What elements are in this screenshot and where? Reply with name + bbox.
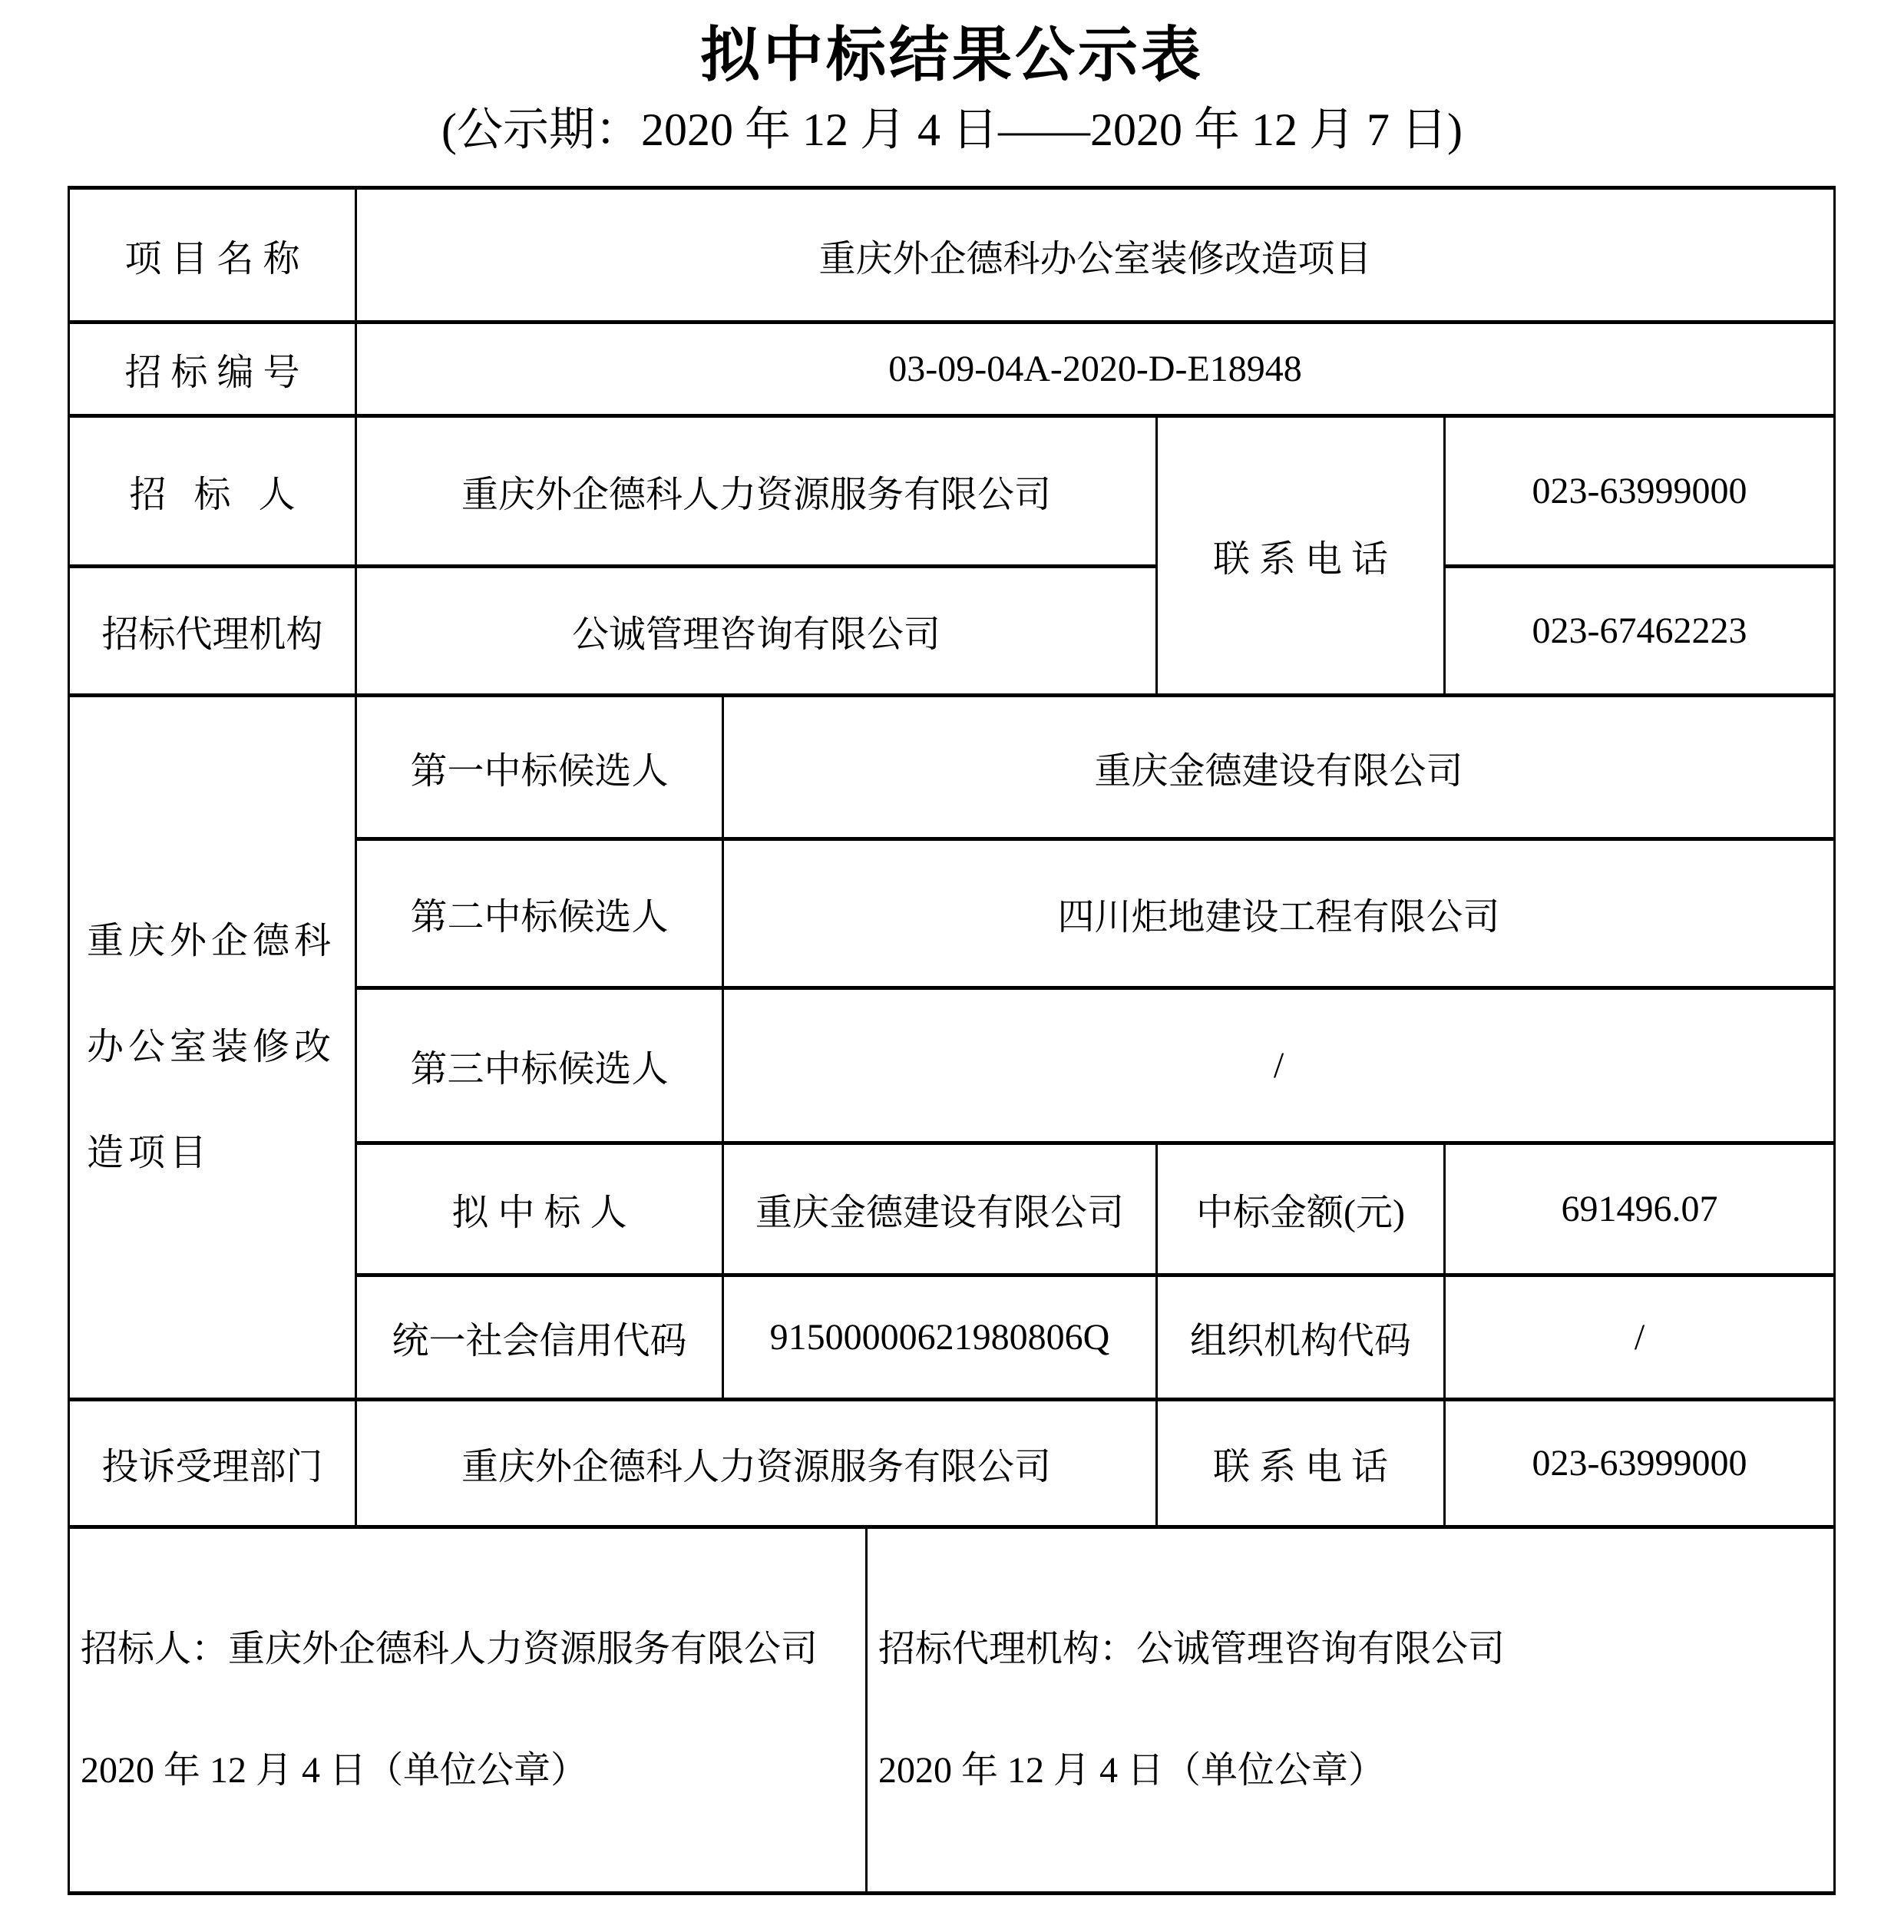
signature-tenderer-org: 招标人：重庆外企德科人力资源服务有限公司 [81, 1628, 865, 1671]
project-name-value: 重庆外企德科办公室装修改造项目 [819, 239, 1372, 280]
credit-code-label-cell: 统一社会信用代码 [356, 1275, 723, 1400]
candidate-1-value-cell: 重庆金德建设有限公司 [723, 696, 1835, 839]
complaint-phone: 023-63999000 [1532, 1443, 1747, 1484]
candidate-2-label-cell: 第二中标候选人 [356, 839, 723, 988]
tenderer-phone: 023-63999000 [1532, 471, 1747, 511]
tenderer-value-cell: 重庆外企德科人力资源服务有限公司 [356, 416, 1157, 567]
signature-agency-org: 招标代理机构：公诚管理咨询有限公司 [878, 1628, 1833, 1671]
complaint-contact-label-cell: 联 系 电 话 [1157, 1400, 1445, 1527]
tenderer-label: 招 标 人 [129, 475, 295, 515]
org-code-value: / [1635, 1317, 1645, 1358]
contact-phone-label-cell: 联 系 电 话 [1157, 416, 1445, 696]
project-name-value-cell: 重庆外企德科办公室装修改造项目 [356, 188, 1835, 323]
project-group-cell: 重庆外企德科 办公室装修改 造项目 [69, 696, 356, 1400]
tender-no-value-cell: 03-09-04A-2020-D-E18948 [356, 323, 1835, 416]
complaint-phone-cell: 023-63999000 [1445, 1400, 1835, 1527]
page-subtitle: (公示期：2020 年 12 月 4 日——2020 年 12 月 7 日) [0, 101, 1904, 158]
tender-no-label: 招 标 编 号 [124, 352, 299, 393]
winner-amount: 691496.07 [1562, 1189, 1718, 1229]
winner-amount-label-cell: 中标金额(元) [1157, 1143, 1445, 1275]
project-name-label-cell: 项 目 名 称 [69, 188, 356, 323]
tender-no-label-cell: 招 标 编 号 [69, 323, 356, 416]
complaint-label-cell: 投诉受理部门 [69, 1400, 356, 1527]
tenderer-label-cell: 招 标 人 [69, 416, 356, 567]
project-group-label: 重庆外企德科 办公室装修改 造项目 [87, 921, 336, 1173]
signature-tenderer-cell: 招标人：重庆外企德科人力资源服务有限公司 2020 年 12 月 4 日（单位公… [69, 1527, 867, 1894]
row-candidate-1: 重庆外企德科 办公室装修改 造项目 第一中标候选人 重庆金德建设有限公司 [69, 696, 1835, 839]
tenderer-value: 重庆外企德科人力资源服务有限公司 [461, 475, 1051, 515]
credit-code-label: 统一社会信用代码 [392, 1321, 686, 1361]
agency-label: 招标代理机构 [101, 614, 322, 655]
complaint-label: 投诉受理部门 [101, 1447, 322, 1487]
org-code-value-cell: / [1445, 1275, 1835, 1400]
candidate-1-label: 第一中标候选人 [410, 751, 668, 792]
complaint-value-cell: 重庆外企德科人力资源服务有限公司 [356, 1400, 1157, 1527]
signature-tenderer-date: 2020 年 12 月 4 日（单位公章） [81, 1749, 865, 1792]
complaint-contact-label: 联 系 电 话 [1213, 1447, 1388, 1487]
page-title: 拟中标结果公示表 [0, 20, 1904, 91]
candidate-1-value: 重庆金德建设有限公司 [1095, 751, 1463, 792]
candidate-2-value-cell: 四川炬地建设工程有限公司 [723, 839, 1835, 988]
candidate-3-label-cell: 第三中标候选人 [356, 988, 723, 1143]
agency-label-cell: 招标代理机构 [69, 567, 356, 696]
agency-phone-cell: 023-67462223 [1445, 567, 1835, 696]
document-page: 拟中标结果公示表 (公示期：2020 年 12 月 4 日——2020 年 12… [0, 0, 1904, 1932]
agency-value-cell: 公诚管理咨询有限公司 [356, 567, 1157, 696]
row-agency: 招标代理机构 公诚管理咨询有限公司 023-67462223 [69, 567, 1835, 696]
candidate-2-label: 第二中标候选人 [410, 897, 668, 938]
tenderer-phone-cell: 023-63999000 [1445, 416, 1835, 567]
credit-code-value: 91500000621980806Q [770, 1317, 1110, 1358]
candidate-3-label: 第三中标候选人 [410, 1049, 668, 1090]
winner-label-cell: 拟 中 标 人 [356, 1143, 723, 1275]
candidate-3-value-cell: / [723, 988, 1835, 1143]
signature-agency-cell: 招标代理机构：公诚管理咨询有限公司 2020 年 12 月 4 日（单位公章） [867, 1527, 1835, 1894]
row-tenderer: 招 标 人 重庆外企德科人力资源服务有限公司 联 系 电 话 023-63999… [69, 416, 1835, 567]
org-code-label-cell: 组织机构代码 [1157, 1275, 1445, 1400]
contact-phone-label: 联 系 电 话 [1213, 539, 1388, 580]
signature-agency-date: 2020 年 12 月 4 日（单位公章） [878, 1749, 1833, 1792]
project-name-label: 项 目 名 称 [124, 239, 299, 280]
row-complaint: 投诉受理部门 重庆外企德科人力资源服务有限公司 联 系 电 话 023-6399… [69, 1400, 1835, 1527]
agency-value: 公诚管理咨询有限公司 [572, 614, 940, 655]
winner-value-cell: 重庆金德建设有限公司 [723, 1143, 1157, 1275]
org-code-label: 组织机构代码 [1190, 1321, 1411, 1361]
candidate-3-value: / [1274, 1045, 1284, 1086]
bid-result-table: 项 目 名 称 重庆外企德科办公室装修改造项目 招 标 编 号 03-09-04… [68, 186, 1836, 1895]
credit-code-value-cell: 91500000621980806Q [723, 1275, 1157, 1400]
row-tender-no: 招 标 编 号 03-09-04A-2020-D-E18948 [69, 323, 1835, 416]
winner-amount-label: 中标金额(元) [1196, 1193, 1405, 1233]
winner-value: 重庆金德建设有限公司 [755, 1193, 1124, 1233]
row-project-name: 项 目 名 称 重庆外企德科办公室装修改造项目 [69, 188, 1835, 323]
candidate-2-value: 四川炬地建设工程有限公司 [1058, 897, 1500, 938]
complaint-value: 重庆外企德科人力资源服务有限公司 [461, 1447, 1051, 1487]
candidate-1-label-cell: 第一中标候选人 [356, 696, 723, 839]
row-signatures: 招标人：重庆外企德科人力资源服务有限公司 2020 年 12 月 4 日（单位公… [69, 1527, 1835, 1894]
agency-phone: 023-67462223 [1532, 610, 1747, 651]
winner-label: 拟 中 标 人 [451, 1193, 626, 1233]
winner-amount-cell: 691496.07 [1445, 1143, 1835, 1275]
tender-no-value: 03-09-04A-2020-D-E18948 [888, 349, 1302, 389]
